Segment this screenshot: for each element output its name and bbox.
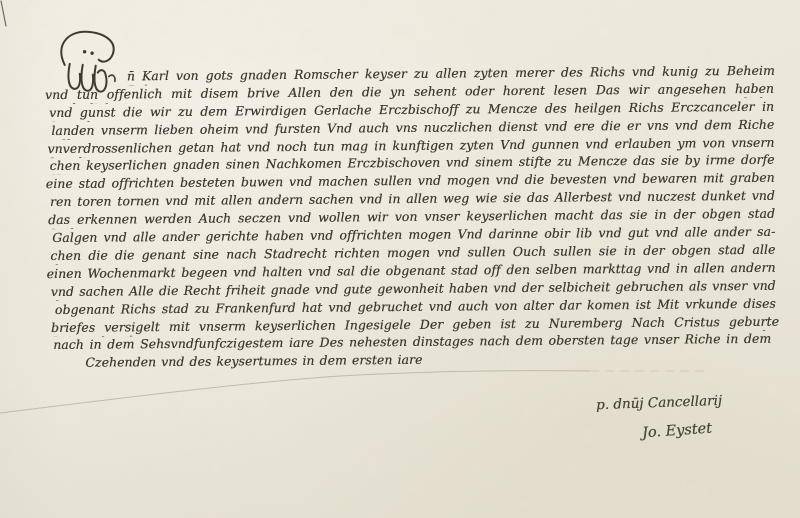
flourish-dot-left (83, 50, 86, 53)
initial-canopy-flourish (61, 31, 114, 65)
manuscript-page: n̄ Karl von gots gnaden Romscher keyser … (0, 0, 800, 518)
flourish-dot-right (90, 51, 93, 54)
text-line-17: Czehenden vnd des keysertumes in dem ers… (85, 353, 422, 370)
charter-text-block: n̄ Karl von gots gnaden Romscher keyser … (0, 0, 800, 518)
